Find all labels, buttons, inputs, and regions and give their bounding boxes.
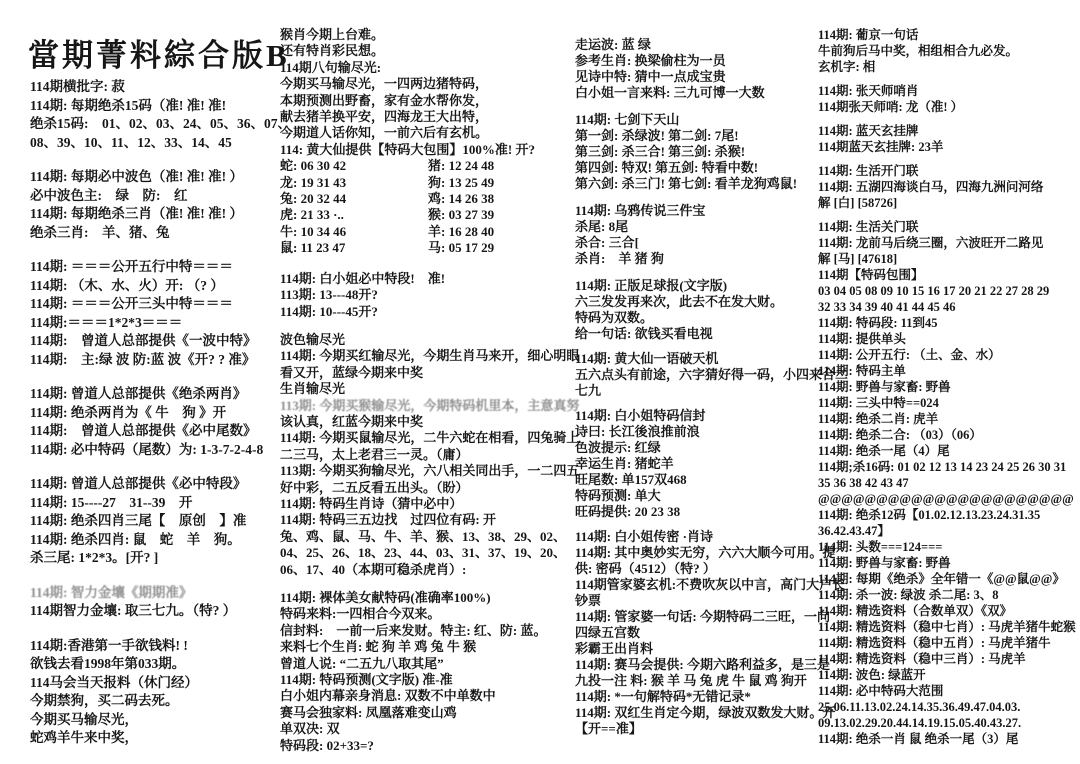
text-line: 特码为双数。	[575, 310, 810, 326]
text-line: 给一句话: 欲钱买看电视	[575, 326, 810, 342]
text-line: 114期: 必中特码大范围	[818, 683, 1073, 699]
spacer	[575, 267, 810, 278]
spacer	[280, 257, 570, 271]
zodiac-number-row: 兔: 20 32 44鸡: 14 26 38	[280, 191, 570, 207]
text-line: 波色输尽光	[280, 332, 570, 348]
text-line: 114期: 每期绝杀三肖（准! 准! 准! ）	[30, 205, 265, 224]
text-line: 欲钱去看1998年第033期。	[30, 655, 265, 674]
text-line: 03 04 05 08 09 10 15 16 17 20 21 22 27 2…	[818, 283, 1073, 299]
text-line: 114期智力金壤: 取三七九。（特? ）	[30, 602, 265, 621]
text-line: 曾道人说: “二五九八取其尾”	[280, 656, 570, 672]
zodiac-cell-left: 蛇: 06 30 42	[280, 158, 428, 174]
text-line: 113期: 13---48开?	[280, 287, 570, 303]
text-line: 牛前狗后马中奖，相组相合九必发。	[818, 43, 1073, 59]
text-line: 七九	[575, 383, 810, 399]
spacer	[30, 152, 265, 168]
text-line: 114期: 今期买红输尽光，今期生肖马来开，细心明眼	[280, 348, 570, 364]
text-line: 114马会当天报料（休门经）	[30, 674, 265, 693]
text-line: 114期: 白小姐必中特段! 准!	[280, 271, 570, 287]
text-line: 35 36 38 42 43 47	[818, 475, 1073, 491]
spacer	[818, 75, 1073, 83]
text-line: 114期: 生活开门联	[818, 163, 1073, 179]
text-line: 走运波: 蓝 绿	[575, 37, 810, 53]
text-line: 114: 黄大仙提供【特码大包围】100%准! 开?	[280, 142, 570, 158]
zodiac-number-row: 龙: 19 31 43狗: 13 25 49	[280, 175, 570, 191]
text-line: 献去猪羊换平安，四海龙王大出特，	[280, 109, 570, 125]
text-line: 114期: 智力金壤《期期准》	[30, 584, 265, 603]
text-line: 白小姐一言来料: 三九可博一大数	[575, 85, 810, 101]
text-line: 四绿五宫数	[575, 625, 810, 641]
text-line: 114期: 其中奥妙实无穷，六六大顺今可用。提	[575, 545, 810, 561]
text-line: 114期: 曾道人总部提供《绝杀两肖》	[30, 385, 265, 404]
text-line: 114期: 提供单头	[818, 331, 1073, 347]
text-line: 看又开，蓝绿今期来中奖	[280, 365, 570, 381]
text-line: 114期张天师哨: 龙（准! ）	[818, 99, 1073, 115]
spacer	[30, 242, 265, 258]
text-line: 玄机字: 相	[818, 59, 1073, 75]
zodiac-number-row: 蛇: 06 30 42猪: 12 24 48	[280, 158, 570, 174]
spacer	[30, 568, 265, 584]
zodiac-cell-right: 马: 05 17 29	[428, 240, 494, 255]
zodiac-number-row: 牛: 10 34 46羊: 16 28 40	[280, 224, 570, 240]
text-line: 114期: 10---45开?	[280, 304, 570, 320]
page-title: 當期菁料綜合版B	[28, 30, 290, 75]
text-line: 114期: 精选资料（稳中五肖）: 马虎羊猪牛	[818, 635, 1073, 651]
text-line: 色波提示: 红绿	[575, 440, 810, 456]
zodiac-cell-right: 鸡: 14 26 38	[428, 191, 494, 206]
spacer	[30, 621, 265, 637]
text-line: 114期:香港第一手欲钱料! !	[30, 637, 265, 656]
text-line: 114期: 精选资料（稳中七肖）: 马虎羊猪牛蛇猴	[818, 619, 1073, 635]
text-line: 114期: 精选资料（合数单双）《双》	[818, 603, 1073, 619]
text-line: 114期: 乌鸦传说三件宝	[575, 203, 810, 219]
text-line: 114期: 正版足球报(文字版)	[575, 278, 810, 294]
text-line: 114期: （木、水、火）开: （? ）	[30, 277, 265, 296]
text-line: 旺尾数: 单157双468	[575, 472, 810, 488]
text-line: 今期买马输尽光，	[30, 711, 265, 730]
text-line: 114期: 杀一波: 绿波 杀二尾: 3、8	[818, 587, 1073, 603]
column-1: 114期横批字: 菽114期: 每期绝杀15码（准! 准! 准!绝杀15码: 0…	[30, 78, 265, 748]
text-line: 二三马，太上老君三一灵。（庸）	[280, 447, 570, 463]
spacer	[280, 320, 570, 332]
text-line: 06、17、40（本期可稳杀虎肖）:	[280, 562, 570, 578]
text-line: 114期【特码包围】	[818, 267, 1073, 283]
zodiac-cell-right: 狗: 13 25 49	[428, 175, 494, 190]
text-line: 114期: 绝杀12码【01.02.12.13.23.24.31.35	[818, 507, 1073, 523]
text-line: 114期: 头数===124===	[818, 539, 1073, 555]
text-line: 诗曰: 长江後浪推前浪	[575, 424, 810, 440]
zodiac-cell-right: 猴: 03 27 39	[428, 207, 494, 222]
zodiac-number-row: 虎: 21 33 ·..猴: 03 27 39	[280, 207, 570, 223]
zodiac-cell-left: 兔: 20 32 44	[280, 191, 428, 207]
text-line: 32 33 34 39 40 41 44 45 46	[818, 299, 1073, 315]
text-line: 114期: 精选资料（稳中三肖）: 马虎羊	[818, 651, 1073, 667]
text-line: 参考生肖: 换梁偷柱为一员	[575, 53, 810, 69]
text-line: 114期: 每期绝杀15码（准! 准! 准!	[30, 97, 265, 116]
spacer	[280, 578, 570, 590]
text-line: 白小姐内幕亲身消息: 双数不中单数中	[280, 688, 570, 704]
text-line: 114期: 野兽与家畜: 野兽	[818, 379, 1073, 395]
text-line: 114期: 主:绿 波 防:蓝 波《开? ? 准》	[30, 351, 265, 370]
text-line: 114期: 特码三五边找 过四位有码: 开	[280, 512, 570, 528]
text-line: 114期: 蓝天玄挂牌	[818, 123, 1073, 139]
spacer	[575, 101, 810, 112]
spacer	[575, 342, 810, 351]
text-line: 114期: 公开五行: （土、金、水）	[818, 347, 1073, 363]
text-line: 赛马会独家料: 凤凰落难变山鸡	[280, 705, 570, 721]
text-line: 信封料: 一前一后来发财。特主: 红、防: 蓝。	[280, 623, 570, 639]
text-line: 兔、鸡、鼠、马、牛、羊、猴、13、38、29、02、	[280, 529, 570, 545]
text-line: 114期: 张天师哨肖	[818, 83, 1073, 99]
text-line: 114期: 曾道人总部提供《必中尾数》	[30, 422, 265, 441]
text-line: 解 [马] [47618]	[818, 251, 1073, 267]
text-line: 杀尾: 8尾	[575, 219, 810, 235]
column-2: 猴肖今期上台难。还有特肖彩民想。114期八句输尽光:今期买马输尽光，一四两边猪特…	[280, 27, 570, 754]
text-line: 114期: 绝杀四肖三尾【 原创 】准	[30, 512, 265, 531]
text-line: 114期;杀16码: 01 02 12 13 14 23 24 25 26 30…	[818, 459, 1073, 475]
text-line: 114期: 曾道人总部提供《必中特段》	[30, 475, 265, 494]
text-line: 第四剑: 特双! 第五剑: 特看中数!	[575, 160, 810, 176]
text-line: 猴肖今期上台难。	[280, 27, 570, 43]
text-line: 第一剑: 杀绿波! 第二剑: 7尾!	[575, 128, 810, 144]
text-line: 幸运生肖: 猪蛇羊	[575, 456, 810, 472]
text-line: 36.42.43.47】	[818, 523, 1073, 539]
text-line: 来料七个生肖: 蛇 狗 羊 鸡 兔 牛 猴	[280, 639, 570, 655]
spacer	[818, 155, 1073, 163]
text-line: 杀三尾: 1*2*3。[开? ]	[30, 549, 265, 568]
text-line: 114期: 绝杀二合: （03）（06）	[818, 427, 1073, 443]
text-line: 114期: 波色: 绿蓝开	[818, 667, 1073, 683]
text-line: 114期: 五湖四海谈白马，四海九洲问河络	[818, 179, 1073, 195]
text-line: 114期: 七剑下天山	[575, 112, 810, 128]
text-line: 113期: 今期买猴输尽光，今期特码机里本，主意真努	[280, 398, 570, 414]
text-line: 114期: 每期必中波色（准! 准! 准! ）	[30, 168, 265, 187]
zodiac-cell-left: 龙: 19 31 43	[280, 175, 428, 191]
text-line: 生肖输尽光	[280, 381, 570, 397]
text-line: 114期: 绝杀两肖为《 牛 狗 》开	[30, 404, 265, 423]
text-line: 114期: 生活关门联	[818, 219, 1073, 235]
text-line: 今期买马输尽光，一四两边猪特码，	[280, 76, 570, 92]
text-line: 114期管家婆玄机:不费吹灰以中言，高门大户长	[575, 577, 810, 593]
column-3: 走运波: 蓝 绿参考生肖: 换梁偷柱为一员见诗中特: 猜中一点成宝贵白小姐一言来…	[575, 37, 810, 737]
text-line: 杀肖: 羊 猪 狗	[575, 251, 810, 267]
text-line: 彩霸王出肖料	[575, 641, 810, 657]
text-line: 114期: *一句解特码*无错记录*	[575, 689, 810, 705]
text-line: 114期: 葡京一句话	[818, 27, 1073, 43]
text-line: 特码段: 02+33=?	[280, 738, 570, 754]
text-line: 114期: 绝杀一尾（4）尾	[818, 443, 1073, 459]
spacer	[30, 459, 265, 475]
text-line: 还有特肖彩民想。	[280, 43, 570, 59]
text-line: 113期: 今期买狗输尽光，六八相关同出手，一二四五	[280, 463, 570, 479]
text-line: 第六剑: 杀三门! 第七剑: 看羊龙狗鸡鼠!	[575, 176, 810, 192]
zodiac-cell-right: 猪: 12 24 48	[428, 158, 494, 173]
text-line: 114期蓝天玄挂牌: 23羊	[818, 139, 1073, 155]
text-line: 该认真，红蓝今期来中奖	[280, 414, 570, 430]
text-line: 今期禁狗，买二码去死。	[30, 692, 265, 711]
text-line: 五六点头有前途，六字猜好得一码，小四来合二	[575, 367, 810, 383]
text-line: 特码预测: 单大	[575, 488, 810, 504]
text-line: 114期: 绝杀二肖: 虎羊	[818, 411, 1073, 427]
text-line: 蛇鸡羊牛来中奖，	[30, 729, 265, 748]
spacer	[575, 192, 810, 203]
text-line: @@@@@@@@@@@@@@@@@@@@@@	[818, 491, 1073, 507]
zodiac-cell-left: 牛: 10 34 46	[280, 224, 428, 240]
text-line: 114期: 裸体美女献特码(准确率100%)	[280, 590, 570, 606]
text-line: 六三发发再来次，此去不在发大财。	[575, 294, 810, 310]
text-line: 114期: 赛马会提供: 今期六路利益多，是三是	[575, 657, 810, 673]
zodiac-cell-left: 虎: 21 33 ·..	[280, 207, 428, 223]
text-line: 旺码提供: 20 23 38	[575, 504, 810, 520]
text-line: 114期:＝＝＝1*2*3＝＝＝	[30, 314, 265, 333]
text-line: 114期: 特码段: 11到45	[818, 315, 1073, 331]
text-line: 114期: 白小姐传密 ·肖诗	[575, 529, 810, 545]
text-line: 25.06.11.13.02.24.14.35.36.49.47.04.03.	[818, 699, 1073, 715]
text-line: 08、39、10、11、12、33、14、45	[30, 134, 265, 153]
text-line: 114期: 15----27 31--39 开	[30, 494, 265, 513]
spacer	[30, 369, 265, 385]
tip-sheet-page: 當期菁料綜合版B 114期横批字: 菽114期: 每期绝杀15码（准! 准! 准…	[0, 0, 1080, 764]
text-line: 【开==准】	[575, 721, 810, 737]
zodiac-cell-left: 鼠: 11 23 47	[280, 240, 428, 256]
text-line: 九投一注 料: 猴 羊 马 兔 虎 牛 鼠 鸡 狗开	[575, 673, 810, 689]
text-line: 114期: 每期《绝杀》全年错一《@@鼠@@》	[818, 571, 1073, 587]
text-line: 114期: 双红生肖定今期，绿波双数发大财。开	[575, 705, 810, 721]
column-4: 114期: 葡京一句话牛前狗后马中奖，相组相合九必发。玄机字: 相114期: 张…	[818, 27, 1073, 747]
text-line: 09.13.02.29.20.44.14.19.15.05.40.43.27.	[818, 715, 1073, 731]
text-line: 必中波色主: 绿 防: 红	[30, 187, 265, 206]
text-line: 第三剑: 杀三合! 第三剑: 杀猴!	[575, 144, 810, 160]
text-line: 114期: 管家婆一句话: 今期特码二三旺，一向	[575, 609, 810, 625]
spacer	[575, 399, 810, 408]
text-line: 钞票	[575, 593, 810, 609]
text-line: 绝杀15码: 01、02、03、24、05、36、07、	[30, 115, 265, 134]
text-line: 特码来料:一四相合今双来。	[280, 606, 570, 622]
text-line: 114期: 白小姐特码信封	[575, 408, 810, 424]
text-line: 04、25、26、18、23、44、03、31、37、19、20、	[280, 545, 570, 561]
text-line: 114期: 特码生肖诗（猜中必中）	[280, 496, 570, 512]
text-line: 114期: ＝＝＝公开五行中特＝＝＝	[30, 258, 265, 277]
text-line: 本期预测出野畜，家有金水帮你发，	[280, 93, 570, 109]
text-line: 114期: 绝杀四肖: 鼠 蛇 羊 狗。	[30, 531, 265, 550]
text-line: 今期道人话你知，一前六后有玄机。	[280, 125, 570, 141]
zodiac-cell-right: 羊: 16 28 40	[428, 224, 494, 239]
text-line: 114期: 黄大仙一语破天机	[575, 351, 810, 367]
spacer	[575, 520, 810, 529]
text-line: 114期: 曾道人总部提供《一波中特》	[30, 332, 265, 351]
text-line: 杀合: 三合[	[575, 235, 810, 251]
text-line: 114期: 特码主单	[818, 363, 1073, 379]
spacer	[818, 211, 1073, 219]
text-line: 114期横批字: 菽	[30, 78, 265, 97]
zodiac-number-row: 鼠: 11 23 47马: 05 17 29	[280, 240, 570, 256]
text-line: 114期: 特码预测(文字版) 准-准	[280, 672, 570, 688]
text-line: 114期八句输尽光:	[280, 60, 570, 76]
text-line: 114期: 野兽与家畜: 野兽	[818, 555, 1073, 571]
text-line: 见诗中特: 猜中一点成宝贵	[575, 69, 810, 85]
text-line: 114期: ＝＝＝公开三头中特＝＝＝	[30, 295, 265, 314]
text-line: 绝杀三肖: 羊、猪、兔	[30, 224, 265, 243]
text-line: 114期: 必中特码（尾数）为: 1-3-7-2-4-8	[30, 441, 265, 460]
text-line: 114期: 绝杀一肖 鼠 绝杀一尾（3）尾	[818, 731, 1073, 747]
text-line: 供: 密码（4512）（特? ）	[575, 561, 810, 577]
text-line: 114期: 三头中特==024	[818, 395, 1073, 411]
text-line: 解 [白] [58726]	[818, 195, 1073, 211]
text-line: 114期: 今期买鼠输尽光，二牛六蛇在相看，四兔骑上	[280, 430, 570, 446]
spacer	[818, 115, 1073, 123]
text-line: 好中彩，二五反看五出头。（盼）	[280, 480, 570, 496]
text-line: 单双决: 双	[280, 721, 570, 737]
text-line: 114期: 龙前马后绕三圈，六波旺开二路见	[818, 235, 1073, 251]
